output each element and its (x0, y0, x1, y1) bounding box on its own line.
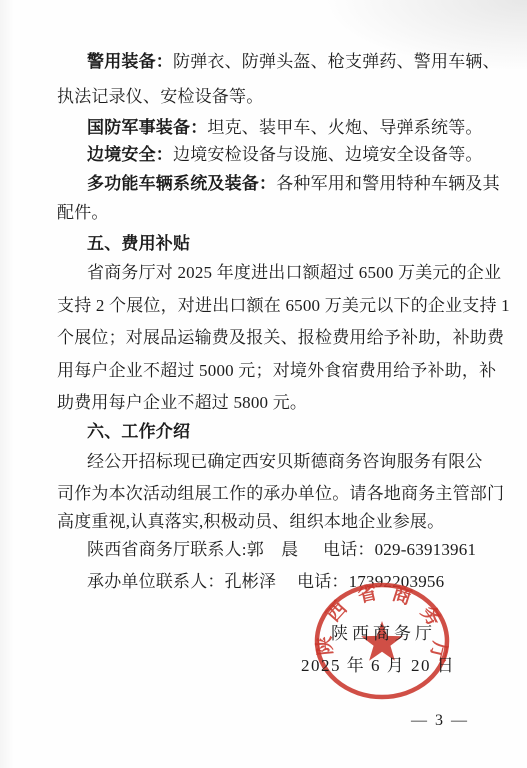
paragraph-line: 国防军事装备：坦克、装甲车、火炮、导弹系统等。 (57, 117, 503, 139)
paragraph-line: 个展位；对展品运输费及报关、报检费用给予补助，补助费 (57, 327, 473, 349)
scan-shadow-left (0, 0, 14, 768)
contact-phone: 电话：029-63913961 (323, 539, 476, 561)
paragraph-line: 支持 2 个展位，对进出口额在 6500 万美元以下的企业支持 1 (57, 295, 473, 317)
section-heading-5: 五、费用补贴 (57, 233, 503, 255)
line-text: 支持 2 个展位，对进出口额在 6500 万美元以下的企业支持 1 (57, 296, 510, 315)
paragraph-line: 执法记录仪、安检设备等。 (57, 86, 473, 108)
paragraph-line: 边境安全：边境安检设备与设施、边境安全设备等。 (57, 144, 503, 166)
line-text: 高度重视,认真落实,积极动员、组织本地企业参展。 (57, 512, 444, 531)
line-text: 省商务厅对 2025 年度进出口额超过 6500 万美元的企业 (87, 263, 501, 282)
contact-line-province: 陕西省商务厅联系人:郭 晨 电话：029-63913961 (57, 539, 503, 561)
contact-label: 陕西省商务厅联系人:郭 晨 (87, 540, 298, 559)
line-text: 配件。 (57, 203, 109, 222)
line-text: 执法记录仪、安检设备等。 (57, 87, 263, 106)
document-page: 警用装备：防弹衣、防弹头盔、枪支弹药、警用车辆、 执法记录仪、安检设备等。 国防… (0, 0, 527, 768)
line-text: 经公开招标现已确定西安贝斯德商务咨询服务有限公 (87, 452, 483, 471)
paragraph-line: 用每户企业不超过 5000 元；对境外食宿费用给予补助，补 (57, 360, 473, 382)
line-lead: 国防军事装备： (87, 118, 207, 137)
line-text: 防弹衣、防弹头盔、枪支弹药、警用车辆、 (173, 52, 500, 71)
contact-label: 承办单位联系人：孔彬泽 (87, 572, 276, 591)
line-lead: 边境安全： (87, 145, 173, 164)
line-text: 个展位；对展品运输费及报关、报检费用给予补助，补助费 (57, 328, 504, 347)
line-text: 坦克、装甲车、火炮、导弹系统等。 (207, 118, 482, 137)
line-text: 用每户企业不超过 5000 元；对境外食宿费用给予补助，补 (57, 361, 496, 380)
paragraph-line: 配件。 (57, 202, 473, 224)
signature-date: 2025 年 6 月 20 日 (301, 651, 455, 676)
paragraph-line: 经公开招标现已确定西安贝斯德商务咨询服务有限公 (57, 451, 503, 473)
paragraph-line: 助费用每户企业不超过 5800 元。 (57, 392, 473, 414)
line-lead: 多功能车辆系统及装备： (87, 174, 276, 193)
section-heading-6: 六、工作介绍 (57, 421, 503, 443)
paragraph-line: 警用装备：防弹衣、防弹头盔、枪支弹药、警用车辆、 (57, 51, 503, 73)
paragraph-line: 司作为本次活动组展工作的承办单位。请各地商务主管部门 (57, 483, 473, 505)
signature-organization: 陕西商务厅 (331, 619, 436, 644)
line-text: 各种军用和警用特种车辆及其 (276, 174, 500, 193)
paragraph-line: 多功能车辆系统及装备：各种军用和警用特种车辆及其 (57, 173, 503, 195)
paragraph-line: 省商务厅对 2025 年度进出口额超过 6500 万美元的企业 (57, 262, 503, 284)
line-lead: 警用装备： (87, 52, 173, 71)
page-number: — 3 — (398, 712, 482, 730)
paragraph-line: 高度重视,认真落实,积极动员、组织本地企业参展。 (57, 511, 473, 533)
line-text: 助费用每户企业不超过 5800 元。 (57, 393, 307, 412)
line-text: 司作为本次活动组展工作的承办单位。请各地商务主管部门 (57, 484, 504, 503)
line-text: 边境安检设备与设施、边境安全设备等。 (173, 145, 483, 164)
